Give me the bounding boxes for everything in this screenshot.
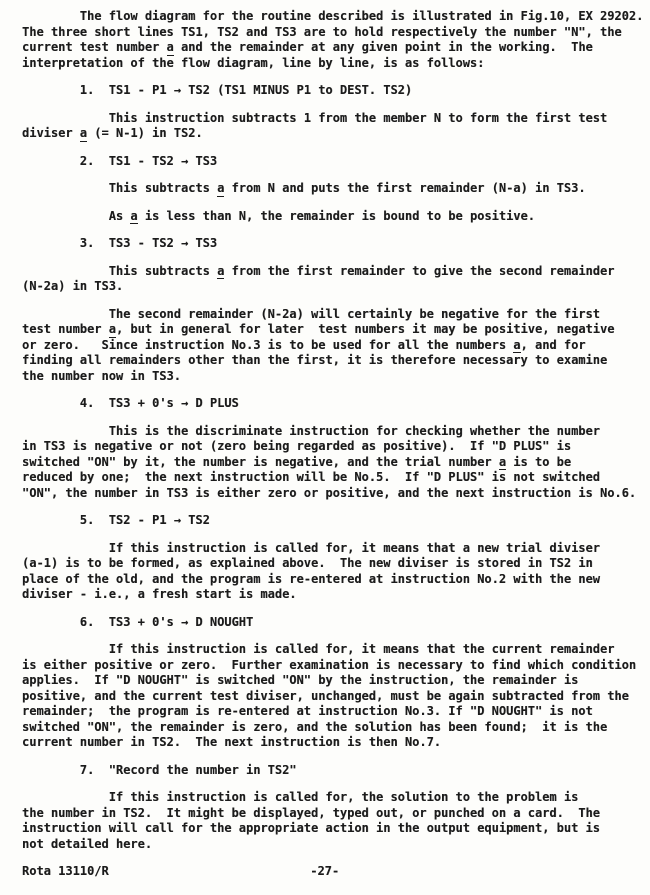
text-segment: 4. TS3 + 0's → D PLUS (22, 396, 239, 410)
text-segment: remainder; the program is re-entered at … (22, 704, 593, 718)
text-line: This subtracts a from the first remainde… (22, 264, 632, 280)
text-segment: interpretation of the flow diagram, line… (22, 56, 484, 70)
text-segment: 1. TS1 - P1 → TS2 (TS1 MINUS P1 to DEST.… (22, 83, 412, 97)
text-line: diviser - i.e., a fresh start is made. (22, 587, 632, 603)
underlined-text: a (109, 322, 116, 338)
text-segment: the number now in TS3. (22, 369, 181, 383)
text-segment: applies. If "D NOUGHT" is switched "ON" … (22, 673, 578, 687)
text-line: If this instruction is called for, the s… (22, 790, 632, 806)
text-line: in TS3 is negative or not (zero being re… (22, 439, 632, 455)
text-line: 7. "Record the number in TS2" (22, 763, 632, 779)
paragraph: The second remainder (N-2a) will certain… (22, 307, 632, 385)
text-segment: The three short lines TS1, TS2 and TS3 a… (22, 25, 622, 39)
text-segment: current number in TS2. The next instruct… (22, 735, 441, 749)
text-segment: 2. TS1 - TS2 → TS3 (22, 154, 217, 168)
text-segment: current test number (22, 40, 167, 54)
paragraph: As a is less than N, the remainder is bo… (22, 209, 632, 225)
text-segment: If this instruction is called for, it me… (22, 541, 600, 555)
text-segment: from N and puts the first remainder (N-a… (224, 181, 585, 195)
text-line: current test number a and the remainder … (22, 40, 632, 56)
text-segment: from the first remainder to give the sec… (224, 264, 614, 278)
numbered-list-item: 6. TS3 + 0's → D NOUGHT (22, 615, 632, 631)
page-footer: Rota 13110/R -27- (22, 864, 632, 880)
text-segment: or zero. Since instruction No.3 is to be… (22, 338, 513, 352)
text-line: remainder; the program is re-entered at … (22, 704, 632, 720)
text-line: or zero. Since instruction No.3 is to be… (22, 338, 632, 354)
text-line: test number a, but in general for later … (22, 322, 632, 338)
text-segment: 5. TS2 - P1 → TS2 (22, 513, 210, 527)
text-line: (N-2a) in TS3. (22, 279, 632, 295)
text-segment: diviser (22, 126, 80, 140)
text-line: 1. TS1 - P1 → TS2 (TS1 MINUS P1 to DEST.… (22, 83, 632, 99)
text-line: finding all remainders other than the fi… (22, 353, 632, 369)
text-segment: The second remainder (N-2a) will certain… (22, 307, 600, 321)
text-line: If this instruction is called for, it me… (22, 541, 632, 557)
text-line: 6. TS3 + 0's → D NOUGHT (22, 615, 632, 631)
text-segment: 7. "Record the number in TS2" (22, 763, 297, 777)
underlined-text: a (130, 209, 137, 225)
text-line: 4. TS3 + 0's → D PLUS (22, 396, 632, 412)
text-line: 3. TS3 - TS2 → TS3 (22, 236, 632, 252)
text-segment: positive, and the current test diviser, … (22, 689, 629, 703)
text-segment: This instruction subtracts 1 from the me… (22, 111, 607, 125)
document-body: The flow diagram for the routine describ… (22, 9, 632, 852)
text-line: the number now in TS3. (22, 369, 632, 385)
text-segment: is to be (506, 455, 571, 469)
text-segment: switched "ON", the remainder is zero, an… (22, 720, 607, 734)
text-line: switched "ON" by it, the number is negat… (22, 455, 632, 471)
paragraph: This instruction subtracts 1 from the me… (22, 111, 632, 142)
paragraph: This subtracts a from N and puts the fir… (22, 181, 632, 197)
underlined-text: a (499, 455, 506, 471)
text-line: place of the old, and the program is re-… (22, 572, 632, 588)
numbered-list-item: 5. TS2 - P1 → TS2 (22, 513, 632, 529)
underlined-text: a (80, 126, 87, 142)
text-line: is either positive or zero. Further exam… (22, 658, 632, 674)
text-line: (a-1) is to be formed, as explained abov… (22, 556, 632, 572)
text-segment: in TS3 is negative or not (zero being re… (22, 439, 571, 453)
text-segment: If this instruction is called for, the s… (22, 790, 578, 804)
document-reference: Rota 13110/R (22, 864, 109, 878)
text-segment: instruction will call for the appropriat… (22, 821, 600, 835)
paragraph: If this instruction is called for, the s… (22, 790, 632, 852)
page-number: -27- (310, 864, 339, 880)
text-segment: and the remainder at any given point in … (174, 40, 593, 54)
text-segment: test number (22, 322, 109, 336)
text-segment: (a-1) is to be formed, as explained abov… (22, 556, 593, 570)
text-segment: (= N-1) in TS2. (87, 126, 203, 140)
text-line: instruction will call for the appropriat… (22, 821, 632, 837)
text-segment: is either positive or zero. Further exam… (22, 658, 636, 672)
numbered-list-item: 1. TS1 - P1 → TS2 (TS1 MINUS P1 to DEST.… (22, 83, 632, 99)
text-segment: switched "ON" by it, the number is negat… (22, 455, 499, 469)
text-segment: not detailed here. (22, 837, 152, 851)
text-segment: , but in general for later test numbers … (116, 322, 615, 336)
text-line: If this instruction is called for, it me… (22, 642, 632, 658)
document-page: The flow diagram for the routine describ… (0, 0, 650, 895)
paragraph: This subtracts a from the first remainde… (22, 264, 632, 295)
numbered-list-item: 7. "Record the number in TS2" (22, 763, 632, 779)
text-line: applies. If "D NOUGHT" is switched "ON" … (22, 673, 632, 689)
numbered-list-item: 2. TS1 - TS2 → TS3 (22, 154, 632, 170)
paragraph: This is the discriminate instruction for… (22, 424, 632, 502)
text-line: diviser a (= N-1) in TS2. (22, 126, 632, 142)
text-line: positive, and the current test diviser, … (22, 689, 632, 705)
text-line: reduced by one; the next instruction wil… (22, 470, 632, 486)
text-segment: finding all remainders other than the fi… (22, 353, 607, 367)
text-segment: This subtracts (22, 181, 217, 195)
underlined-text: a (513, 338, 520, 354)
text-line: current number in TS2. The next instruct… (22, 735, 632, 751)
text-line: not detailed here. (22, 837, 632, 853)
text-segment: 6. TS3 + 0's → D NOUGHT (22, 615, 253, 629)
text-segment: diviser - i.e., a fresh start is made. (22, 587, 297, 601)
text-line: "ON", the number in TS3 is either zero o… (22, 486, 632, 502)
text-line: interpretation of the flow diagram, line… (22, 56, 632, 72)
text-segment: 3. TS3 - TS2 → TS3 (22, 236, 217, 250)
text-line: This subtracts a from N and puts the fir… (22, 181, 632, 197)
text-segment: If this instruction is called for, it me… (22, 642, 614, 656)
text-segment: This is the discriminate instruction for… (22, 424, 600, 438)
text-segment: (N-2a) in TS3. (22, 279, 123, 293)
text-segment: reduced by one; the next instruction wil… (22, 470, 600, 484)
text-line: The three short lines TS1, TS2 and TS3 a… (22, 25, 632, 41)
text-line: 5. TS2 - P1 → TS2 (22, 513, 632, 529)
text-line: The second remainder (N-2a) will certain… (22, 307, 632, 323)
text-segment: "ON", the number in TS3 is either zero o… (22, 486, 636, 500)
text-line: switched "ON", the remainder is zero, an… (22, 720, 632, 736)
text-line: the number in TS2. It might be displayed… (22, 806, 632, 822)
text-segment: This subtracts (22, 264, 217, 278)
text-segment: the number in TS2. It might be displayed… (22, 806, 600, 820)
text-line: As a is less than N, the remainder is bo… (22, 209, 632, 225)
paragraph: If this instruction is called for, it me… (22, 541, 632, 603)
text-segment: is less than N, the remainder is bound t… (138, 209, 535, 223)
underlined-text: a (167, 40, 174, 56)
paragraph: The flow diagram for the routine describ… (22, 9, 632, 71)
text-line: This instruction subtracts 1 from the me… (22, 111, 632, 127)
text-segment: place of the old, and the program is re-… (22, 572, 600, 586)
numbered-list-item: 3. TS3 - TS2 → TS3 (22, 236, 632, 252)
text-line: The flow diagram for the routine describ… (22, 9, 632, 25)
text-line: This is the discriminate instruction for… (22, 424, 632, 440)
text-segment: As (22, 209, 130, 223)
text-line: 2. TS1 - TS2 → TS3 (22, 154, 632, 170)
text-segment: The flow diagram for the routine describ… (22, 9, 643, 23)
paragraph: If this instruction is called for, it me… (22, 642, 632, 751)
numbered-list-item: 4. TS3 + 0's → D PLUS (22, 396, 632, 412)
text-segment: , and for (521, 338, 586, 352)
